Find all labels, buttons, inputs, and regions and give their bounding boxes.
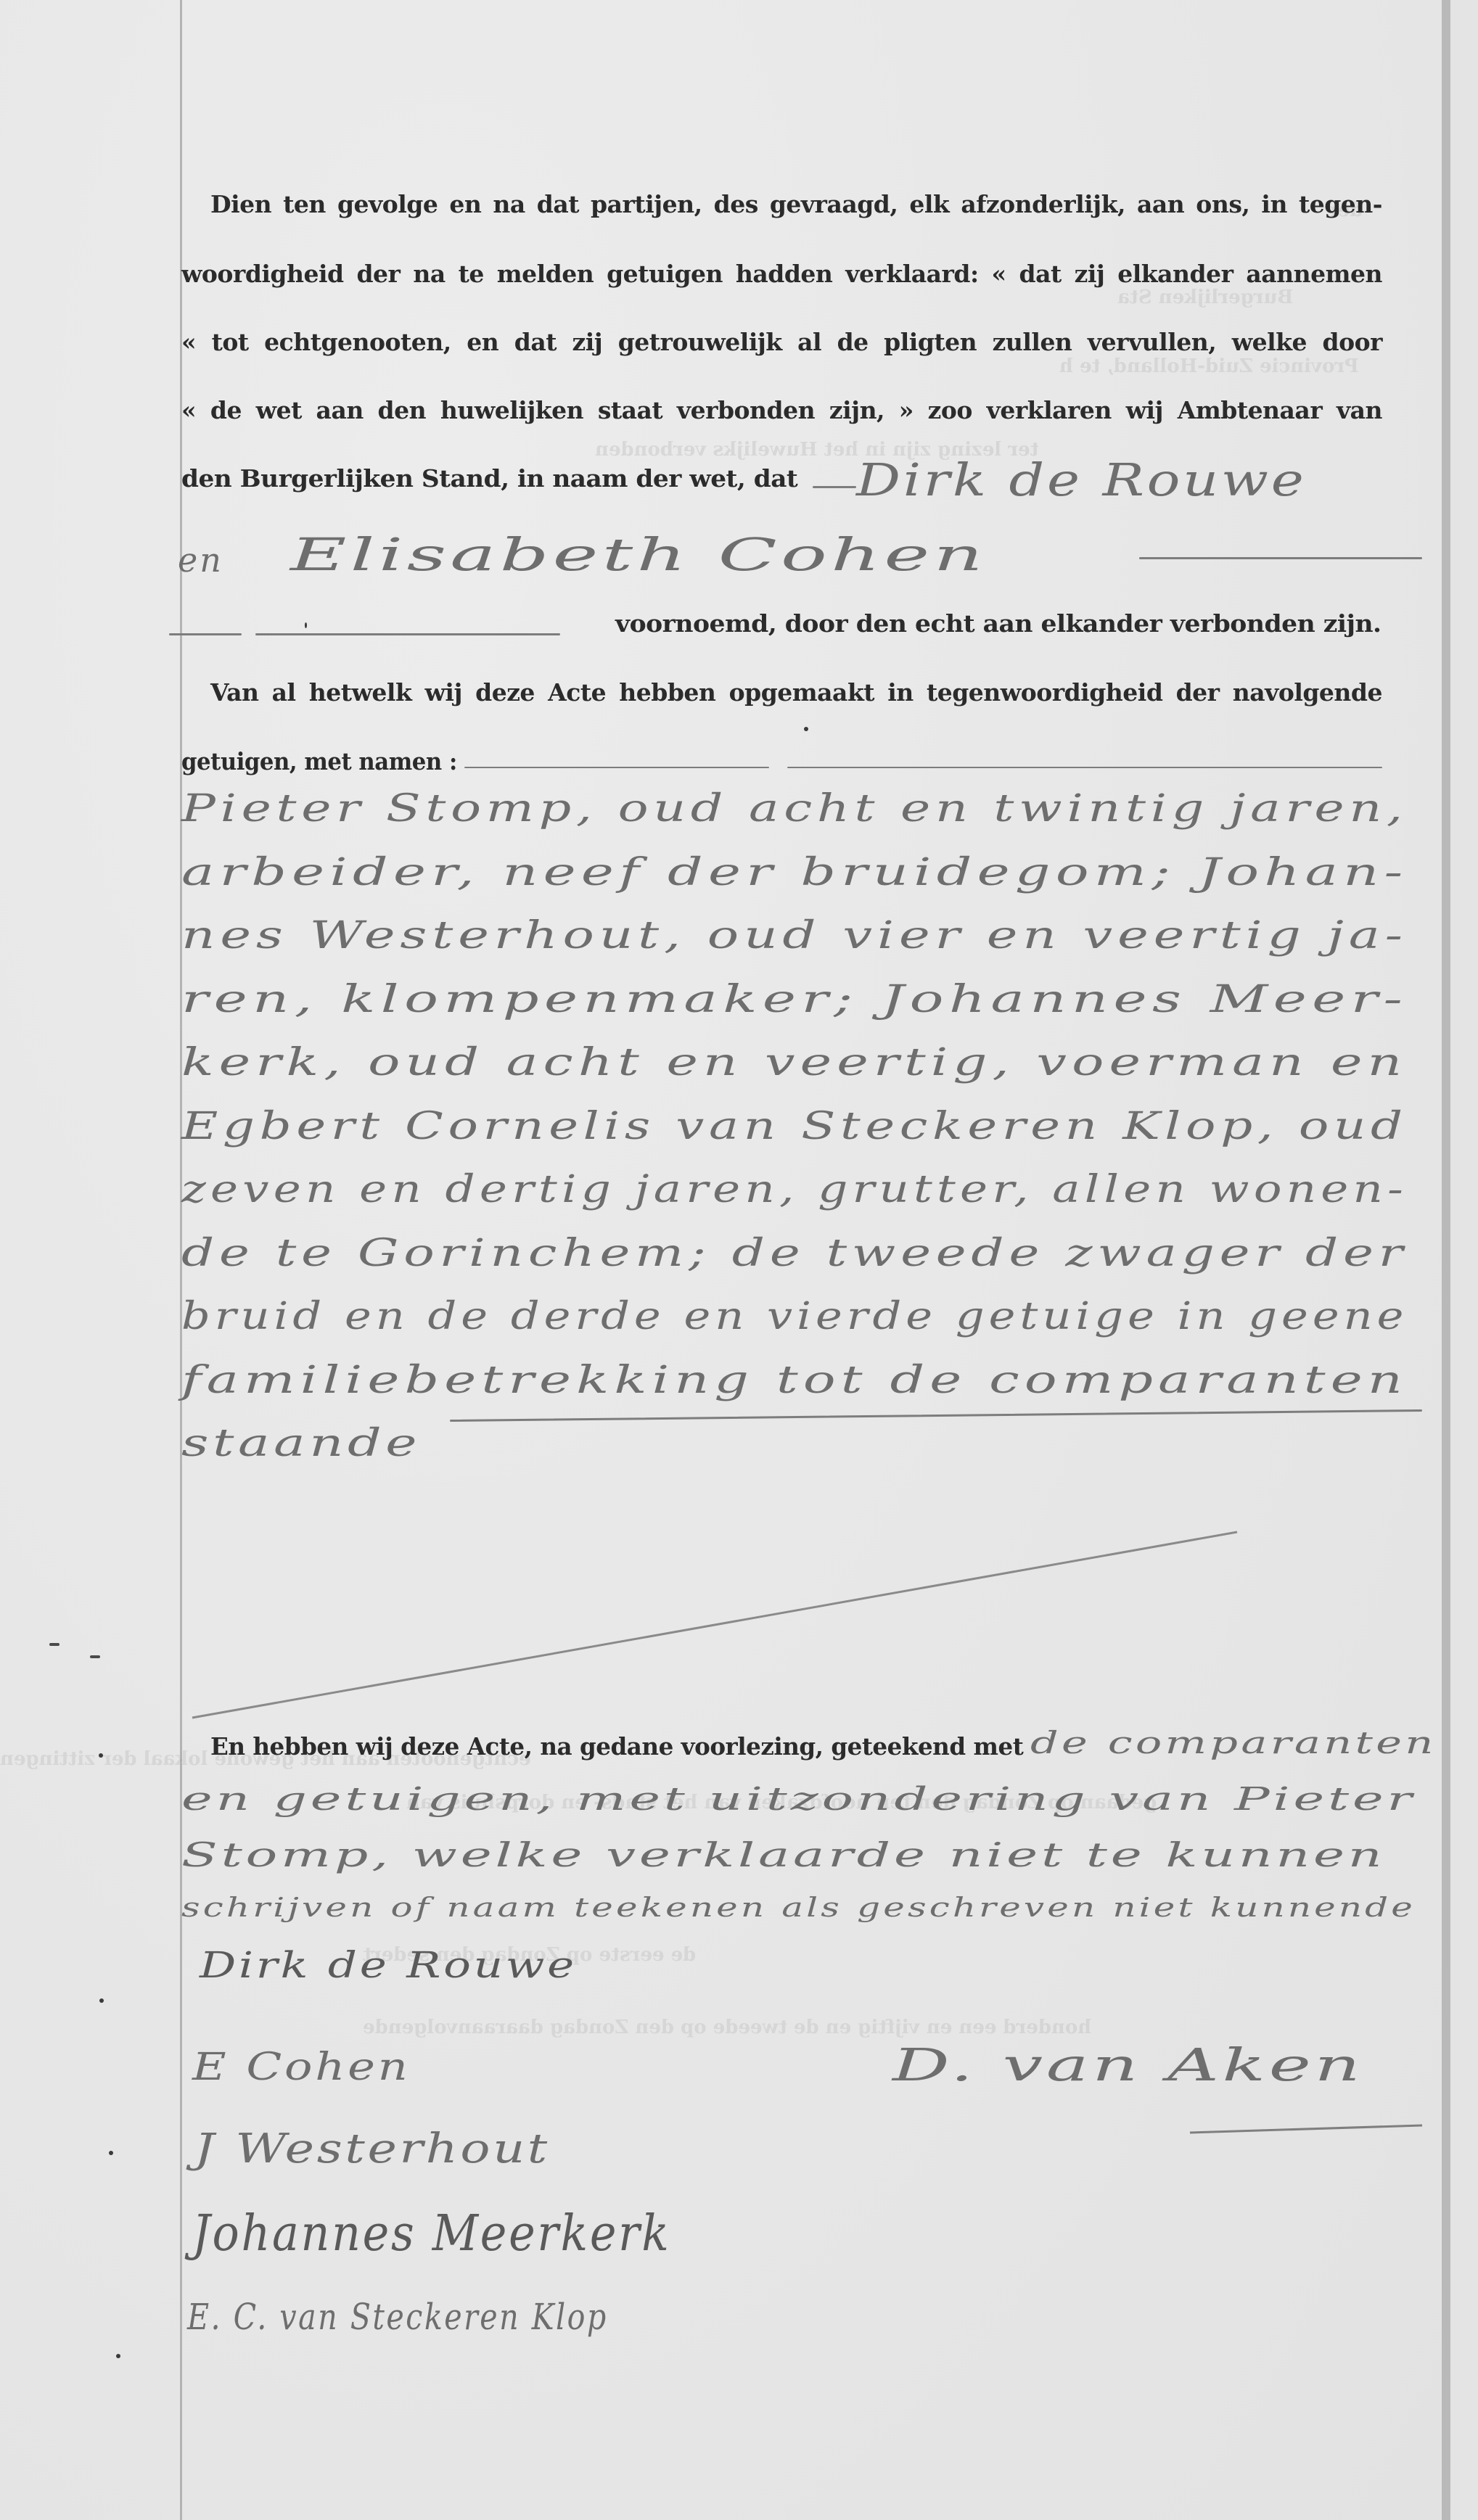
signature-bride: E Cohen: [192, 2046, 411, 2089]
ink-speck: [305, 622, 307, 628]
signing-note-line: de comparanten: [1030, 1725, 1437, 1761]
scanned-page: der Burgerlijken Sta Provincie Zuid-Holl…: [0, 0, 1478, 2520]
ink-speck: [90, 1655, 100, 1658]
signing-note-line: schrijven of naam teekenen als geschreve…: [181, 1893, 1416, 1923]
ink-speck: [99, 1753, 103, 1758]
signing-note-line: en getuigen, met uitzondering van Pieter: [181, 1781, 1416, 1818]
printed-line-9: En hebben wij deze Acte, na gedane voorl…: [210, 1732, 1023, 1761]
signature-witness-2: Johannes Meerkerk: [192, 2205, 671, 2262]
ink-speck: [116, 2354, 120, 2358]
signature-witness-1: J Westerhout: [194, 2125, 550, 2173]
signature-groom: Dirk de Rouwe: [200, 1944, 577, 1986]
ink-speck: [49, 1643, 59, 1646]
signature-officiant: D. van Aken: [892, 2038, 1363, 2091]
signing-note-line: Stomp, welke verklaarde niet te kunnen: [181, 1835, 1385, 1874]
ink-speck: [109, 2151, 113, 2155]
ink-speck: [99, 1998, 104, 2003]
signature-witness-3: E. C. van Steckeren Klop: [187, 2296, 608, 2338]
ink-speck: [804, 727, 808, 731]
